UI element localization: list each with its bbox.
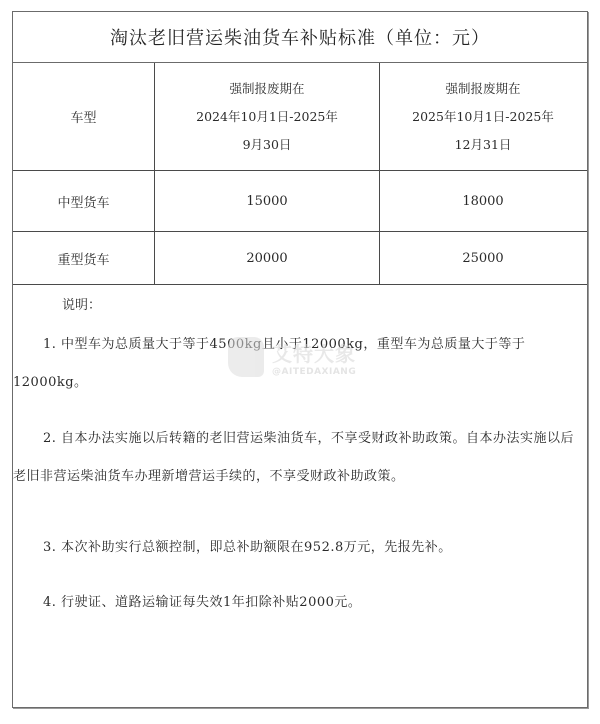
vehicle-type-cell: 重型货车 — [13, 232, 155, 284]
header-vehicle-type: 车型 — [13, 63, 155, 170]
note-item-4: 4. 行驶证、道路运输证每失效1年扣除补贴2000元。 — [13, 584, 589, 622]
vehicle-type-cell: 中型货车 — [13, 171, 155, 231]
period-1-amount-cell: 20000 — [155, 232, 380, 284]
header-vehicle-type-label: 车型 — [70, 107, 96, 126]
header-period-2-line-2: 2025年10月1日-2025年 — [412, 103, 554, 131]
document-title: 淘汰老旧营运柴油货车补贴标准（单位：元） — [110, 24, 490, 50]
table-row: 重型货车 20000 25000 — [13, 232, 587, 285]
table-row: 中型货车 15000 18000 — [13, 171, 587, 232]
period-2-amount-cell: 18000 — [380, 171, 586, 231]
header-period-2: 强制报废期在 2025年10月1日-2025年 12月31日 — [380, 63, 586, 170]
note-item-1: 1. 中型车为总质量大于等于4500kg且小于12000kg，重型车为总质量大于… — [13, 326, 589, 402]
notes-heading: 说明： — [62, 296, 101, 316]
note-item-2: 2. 自本办法实施以后转籍的老旧营运柴油货车，不享受财政补助政策。自本办法实施以… — [13, 420, 589, 496]
subsidy-table: 车型 强制报废期在 2024年10月1日-2025年 9月30日 强制报废期在 … — [13, 63, 587, 285]
note-item-3: 3. 本次补助实行总额控制，即总补助额限在952.8万元，先报先补。 — [13, 529, 589, 567]
header-period-1-line-1: 强制报废期在 — [229, 75, 304, 103]
title-row: 淘汰老旧营运柴油货车补贴标准（单位：元） — [13, 12, 587, 63]
period-1-amount-cell: 15000 — [155, 171, 380, 231]
header-period-1-line-3: 9月30日 — [243, 131, 292, 159]
table-header-row: 车型 强制报废期在 2024年10月1日-2025年 9月30日 强制报废期在 … — [13, 63, 587, 171]
period-2-amount-cell: 25000 — [380, 232, 586, 284]
header-period-1: 强制报废期在 2024年10月1日-2025年 9月30日 — [155, 63, 380, 170]
header-period-2-line-3: 12月31日 — [455, 131, 512, 159]
header-period-2-line-1: 强制报废期在 — [445, 75, 520, 103]
header-period-1-line-2: 2024年10月1日-2025年 — [196, 103, 338, 131]
subsidy-standard-document: 淘汰老旧营运柴油货车补贴标准（单位：元） 车型 强制报废期在 2024年10月1… — [12, 11, 588, 708]
